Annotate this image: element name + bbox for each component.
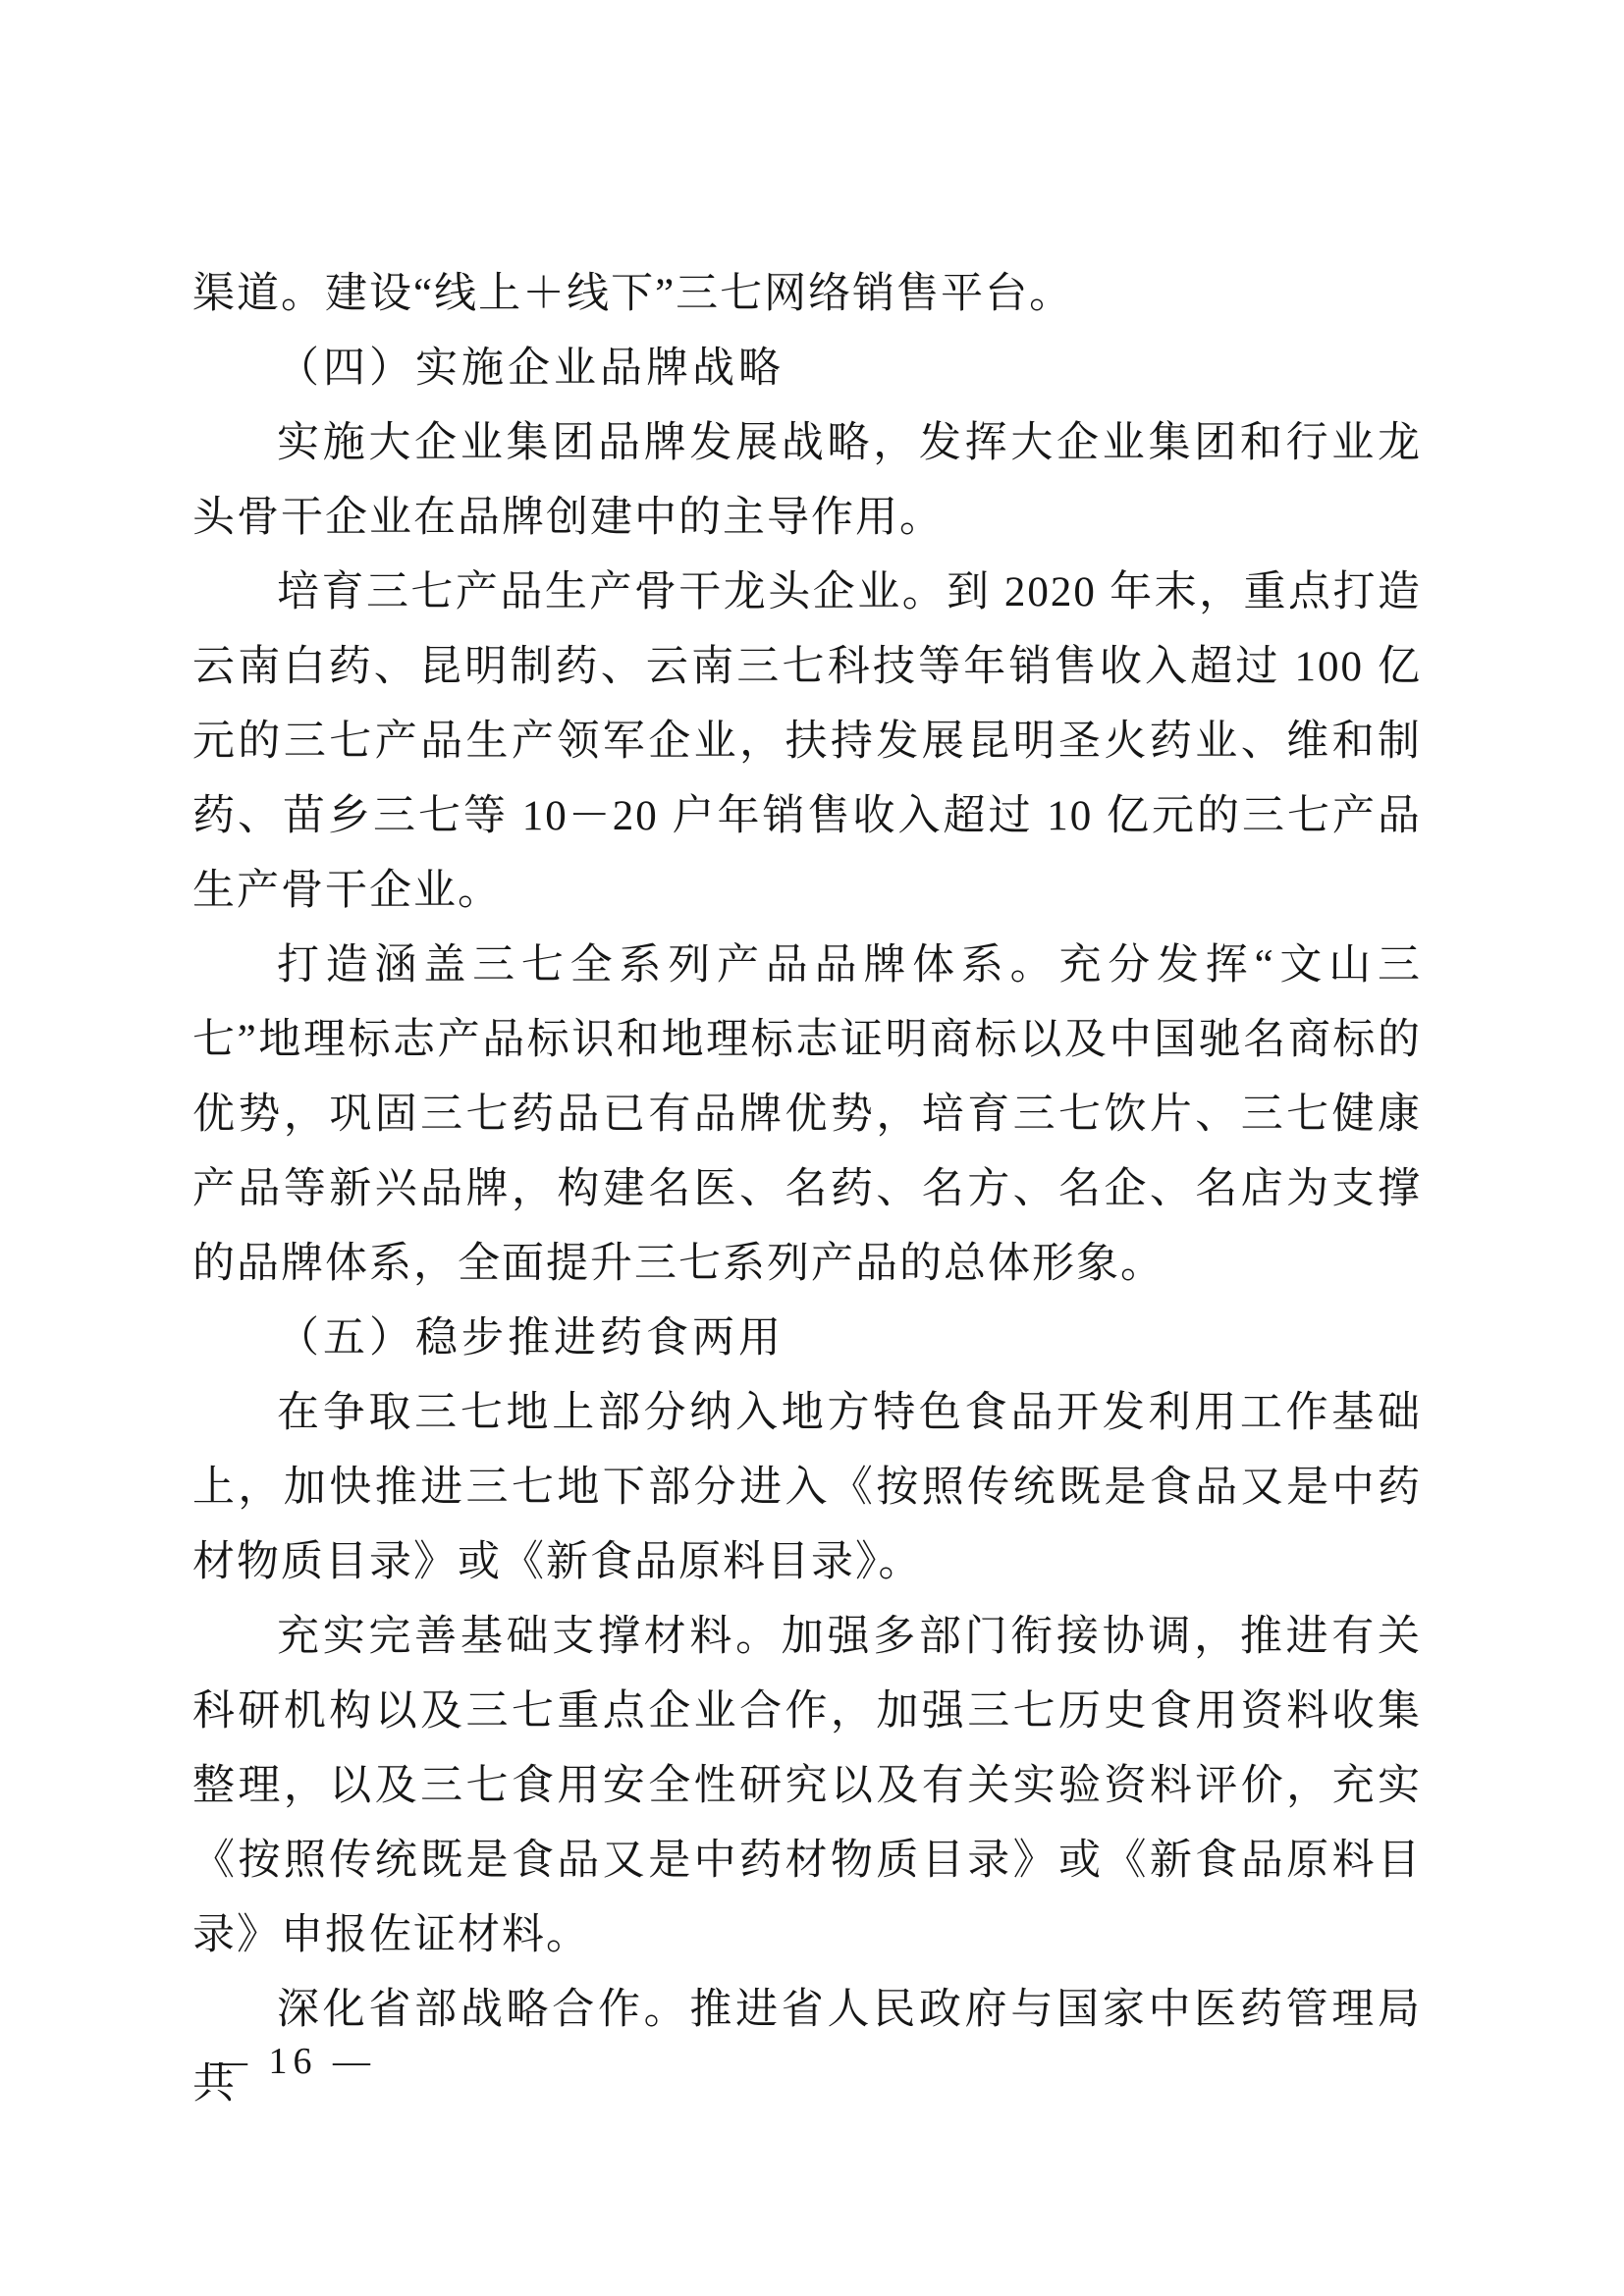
paragraph-leading-enterprises: 培育三七产品生产骨干龙头企业。到 2020 年末，重点打造云南白药、昆明制药、云… (192, 556, 1422, 929)
paragraph-food-medicine: 在争取三七地上部分纳入地方特色食品开发利用工作基础上，加快推进三七地下部分进入《… (192, 1376, 1422, 1600)
paragraph-brand-system: 打造涵盖三七全系列产品品牌体系。充分发挥“文山三七”地理标志产品标识和地理标志证… (192, 929, 1422, 1302)
paragraph-brand-strategy: 实施大企业集团品牌发展战略，发挥大企业集团和行业龙头骨干企业在品牌创建中的主导作… (192, 406, 1422, 556)
page-number: — 16 — (210, 2040, 376, 2083)
paragraph-continuation: 渠道。建设“线上＋线下”三七网络销售平台。 (192, 257, 1422, 332)
document-page: 渠道。建设“线上＋线下”三七网络销售平台。 （四）实施企业品牌战略 实施大企业集… (0, 0, 1624, 2296)
paragraph-support-materials: 充实完善基础支撑材料。加强多部门衔接协调，推进有关科研机构以及三七重点企业合作，… (192, 1600, 1422, 1973)
paragraph-cooperation: 深化省部战略合作。推进省人民政府与国家中医药管理局共 (192, 1973, 1422, 2122)
section-heading-si: （四）实施企业品牌战略 (192, 332, 1422, 406)
text-block: 渠道。建设“线上＋线下”三七网络销售平台。 （四）实施企业品牌战略 实施大企业集… (192, 257, 1422, 2122)
section-heading-wu: （五）稳步推进药食两用 (192, 1302, 1422, 1376)
